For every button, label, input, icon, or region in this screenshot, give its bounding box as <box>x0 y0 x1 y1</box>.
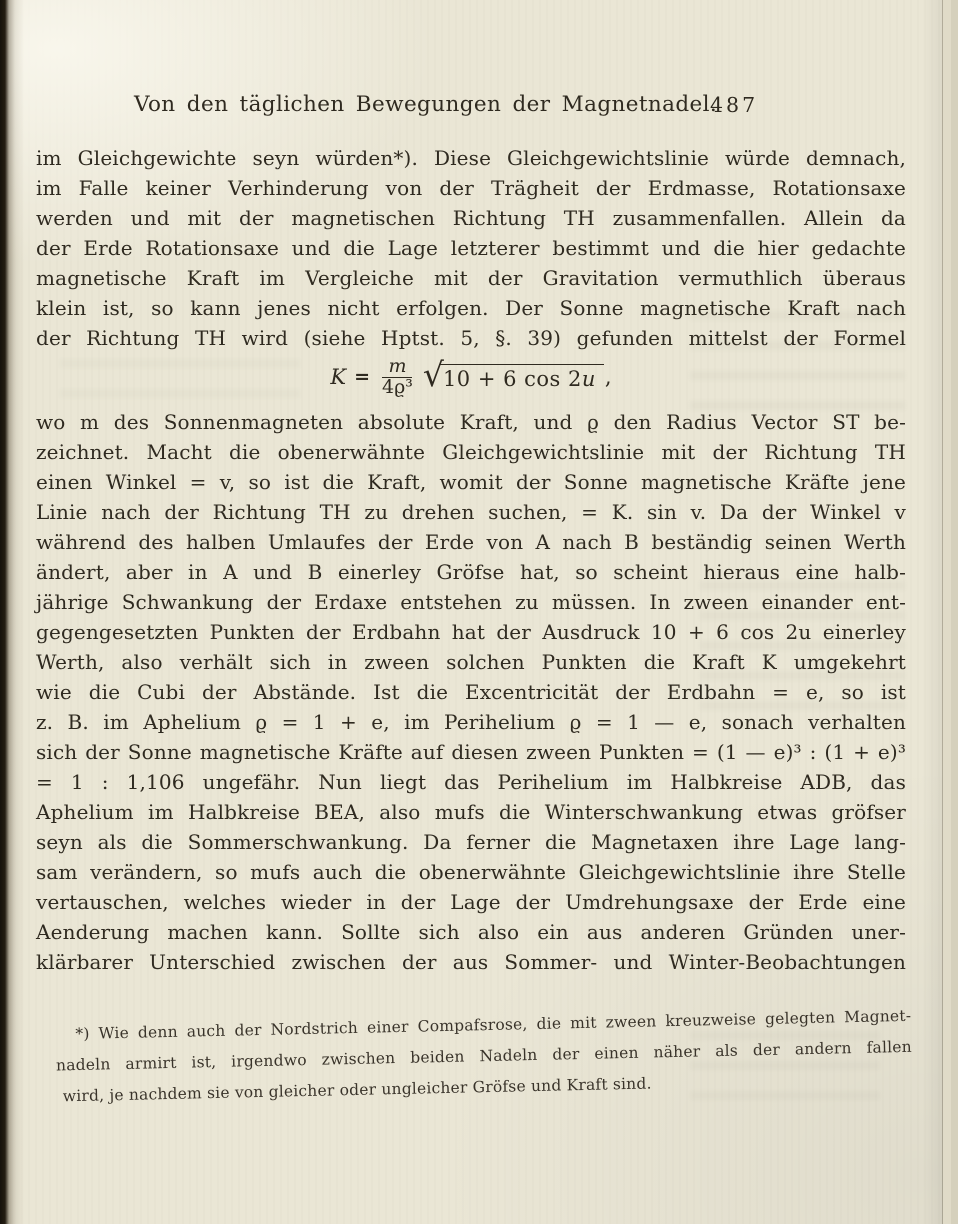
text-line: Aenderung machen kann. Sollte sich also … <box>36 917 906 947</box>
page-number: 487 <box>710 93 758 117</box>
formula-numerator: m <box>382 357 412 378</box>
text-line: einen Winkel = v, so ist die Kraft, womi… <box>36 467 906 497</box>
text-line: der Erde Rotationsaxe und die Lage letzt… <box>36 233 906 263</box>
paragraph-before-formula: im Gleichgewichte seyn würden*). Diese G… <box>36 143 906 353</box>
text-line: sich der Sonne magnetische Kräfte auf di… <box>36 737 906 767</box>
text-line: seyn als die Sommerschwankung. Da ferner… <box>36 827 906 857</box>
text-line: wie die Cubi der Abstände. Ist die Excen… <box>36 677 906 707</box>
formula-radicand: 10 + 6 cos 2u <box>439 364 604 391</box>
book-page: Von den täglichen Bewegungen der Magnetn… <box>0 0 958 1224</box>
footnote: *) Wie denn auch der Nordstrich einer Co… <box>55 1001 913 1113</box>
text-line: ändert, aber in A und B einerley Gröfse … <box>36 557 906 587</box>
paragraph-after-formula: wo m des Sonnenmagneten absolute Kraft, … <box>36 407 906 977</box>
text-line: im Gleichgewichte seyn würden*). Diese G… <box>36 143 906 173</box>
text-line: gegengesetzten Punkten der Erdbahn hat d… <box>36 617 906 647</box>
text-line: Linie nach der Richtung TH zu drehen suc… <box>36 497 906 527</box>
text-line: klein ist, so kann jenes nicht erfolgen.… <box>36 293 906 323</box>
text-line: Werth, also verhält sich in zween solche… <box>36 647 906 677</box>
text-line: jährige Schwankung der Erdaxe entstehen … <box>36 587 906 617</box>
radical-sign: √ <box>423 358 444 391</box>
text-line: klärbarer Unterschied zwischen der aus S… <box>36 947 906 977</box>
text-line: zeichnet. Macht die obenerwähnte Gleichg… <box>36 437 906 467</box>
magnetic-force-formula: K = m 4ϱ³ √ 10 + 6 cos 2u , <box>36 348 906 406</box>
text-line: wo m des Sonnenmagneten absolute Kraft, … <box>36 407 906 437</box>
running-header-title: Von den täglichen Bewegungen der Magnetn… <box>134 92 717 117</box>
formula-equals: = <box>354 366 368 388</box>
radicand-variable: u <box>582 367 596 391</box>
text-line: magnetische Kraft im Vergleiche mit der … <box>36 263 906 293</box>
radicand-text: 10 + 6 cos 2 <box>443 367 582 391</box>
text-line: während des halben Umlaufes der Erde von… <box>36 527 906 557</box>
formula-denominator: 4ϱ³ <box>380 378 415 398</box>
text-line: z. B. im Aphelium ϱ = 1 + e, im Periheli… <box>36 707 906 737</box>
formula-fraction: m 4ϱ³ <box>380 357 415 398</box>
text-line: sam verändern, so mufs auch die obenerwä… <box>36 857 906 887</box>
text-line: vertauschen, welches wieder in der Lage … <box>36 887 906 917</box>
text-line: werden und mit der magnetischen Richtung… <box>36 203 906 233</box>
paper-right-edge <box>942 0 958 1224</box>
binding-edge <box>0 0 24 1224</box>
formula-comma: , <box>605 365 612 389</box>
formula-lhs: K <box>330 365 346 389</box>
page-edge-shadow <box>922 0 942 1224</box>
text-line: im Falle keiner Verhinderung von der Trä… <box>36 173 906 203</box>
text-line: = 1 : 1,106 ungefähr. Nun liegt das Peri… <box>36 767 906 797</box>
text-line: Aphelium im Halbkreise BEA, also mufs di… <box>36 797 906 827</box>
